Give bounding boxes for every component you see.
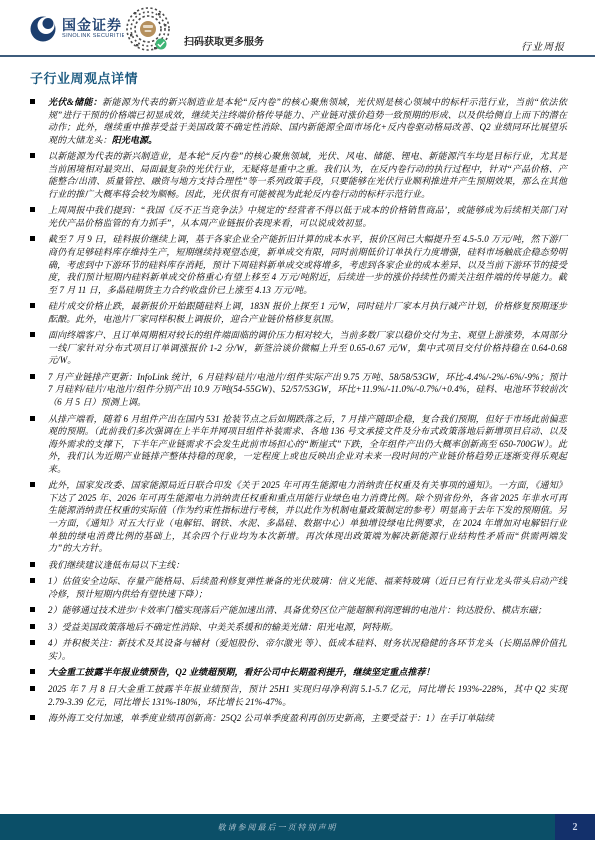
bullet-square-icon	[30, 604, 48, 617]
bullet-item: 此外，国家发改委、国家能源局近日联合印发《关于 2025 年可再生能源电力消纳责…	[30, 479, 567, 554]
bullet-text: 海外海工交付加速，单季度业绩再创新高：25Q2 公司单季度盈利再创历史新高，主要…	[48, 712, 567, 725]
bullet-square-icon	[30, 621, 48, 634]
bullet-square-icon	[30, 666, 48, 679]
bullet-text: 上周周报中我们提到：“我国《反不正当竞争法》中规定的‘经营者不得以低于成本的价格…	[48, 204, 567, 229]
bullet-square-icon	[30, 559, 48, 572]
qr-code[interactable]	[124, 4, 172, 54]
bullet-text: 截至 7 月 9 日，硅料报价继续上调，基于各家企业全产能折旧计算的成本水平，报…	[48, 233, 567, 296]
bullet-item: 海外海工交付加速，单季度业绩再创新高：25Q2 公司单季度盈利再创历史新高，主要…	[30, 712, 567, 725]
bullet-square-icon	[30, 150, 48, 200]
main-content: 子行业周观点详情 光伏&储能：新能源为代表的新兴制造业是本轮“反内卷”的核心聚焦…	[30, 68, 567, 729]
report-page: 国金证券 SINOLINK SECURITIES	[0, 0, 595, 842]
bullet-list: 光伏&储能：新能源为代表的新兴制造业是本轮“反内卷”的核心聚焦领域，光伏则是核心…	[30, 96, 567, 725]
bullet-square-icon	[30, 300, 48, 325]
bullet-text: 光伏&储能：新能源为代表的新兴制造业是本轮“反内卷”的核心聚焦领域，光伏则是核心…	[48, 96, 567, 146]
bullet-item: 硅片成交价格止跌，最新报价开始跟随硅料上调，183N 报价上探至 1 元/W，同…	[30, 300, 567, 325]
bullet-text: 1）估值安全边际、存量产能格局、后续盈利修复弹性兼备的光伏玻璃：信义光能、福莱特…	[48, 575, 567, 600]
bullet-item: 4）并积极关注：新技术及其设备与辅材（爱旭股份、帝尔激光 等）、低成本硅料、财务…	[30, 637, 567, 662]
bullet-square-icon	[30, 637, 48, 662]
footer-disclaimer: 敬请参阅最后一页特别声明	[0, 822, 555, 833]
bullet-text: 4）并积极关注：新技术及其设备与辅材（爱旭股份、帝尔激光 等）、低成本硅料、财务…	[48, 637, 567, 662]
bullet-text: 大金重工披露半年报业绩预告，Q2 业绩超预期，看好公司中长期盈利提升，继续坚定重…	[48, 666, 567, 679]
bullet-text: 硅片成交价格止跌，最新报价开始跟随硅料上调，183N 报价上探至 1 元/W，同…	[48, 300, 567, 325]
bullet-square-icon	[30, 233, 48, 296]
bullet-square-icon	[30, 683, 48, 708]
bullet-item: 2025 年 7 月 8 日大金重工披露半年报业绩预告，预计 25H1 实现归母…	[30, 683, 567, 708]
bullet-square-icon	[30, 96, 48, 146]
bullet-item: 截至 7 月 9 日，硅料报价继续上调，基于各家企业全产能折旧计算的成本水平，报…	[30, 233, 567, 296]
bullet-text: 以新能源为代表的新兴制造业，是本轮“反内卷”的核心聚焦领域，光伏、风电、储能、锂…	[48, 150, 567, 200]
bullet-square-icon	[30, 479, 48, 554]
brand-logo: 国金证券 SINOLINK SECURITIES	[30, 16, 130, 42]
brand-name-en: SINOLINK SECURITIES	[62, 34, 130, 40]
bullet-item: 我们继续建议逢低布局以下主线：	[30, 559, 567, 572]
bullet-square-icon	[30, 413, 48, 476]
page-header: 国金证券 SINOLINK SECURITIES	[0, 0, 595, 57]
bullet-square-icon	[30, 204, 48, 229]
bullet-item: 大金重工披露半年报业绩预告，Q2 业绩超预期，看好公司中长期盈利提升，继续坚定重…	[30, 666, 567, 679]
bullet-item: 面向终端客户、且订单周期相对较长的组件端面临的调价压力相对较大，当前多数厂家以稳…	[30, 329, 567, 367]
bullet-text: 7 月产业链排产更新：InfoLink 统计，6 月硅料/硅片/电池片/组件实际…	[48, 371, 567, 409]
bullet-text: 从排产端看，随着 6 月组件产出在国内 531 抢装节点之后如期跌落之后，7 月…	[48, 413, 567, 476]
brand-name-cn: 国金证券	[62, 18, 130, 32]
bullet-square-icon	[30, 712, 48, 725]
bullet-item: 以新能源为代表的新兴制造业，是本轮“反内卷”的核心聚焦领域，光伏、风电、储能、锂…	[30, 150, 567, 200]
qr-code-icon	[124, 4, 172, 54]
page-footer: 敬请参阅最后一页特别声明 2	[0, 814, 595, 840]
report-type-label: 行业周报	[521, 38, 565, 53]
bullet-item: 7 月产业链排产更新：InfoLink 统计，6 月硅料/硅片/电池片/组件实际…	[30, 371, 567, 409]
bullet-item: 3）受益美国政策落地后不确定性消除、中美关系缓和的输美光储：阳光电源，阿特斯。	[30, 621, 567, 634]
sinolink-logo-icon	[30, 16, 56, 42]
bullet-text: 我们继续建议逢低布局以下主线：	[48, 559, 567, 572]
bullet-item: 从排产端看，随着 6 月组件产出在国内 531 抢装节点之后如期跌落之后，7 月…	[30, 413, 567, 476]
bullet-square-icon	[30, 371, 48, 409]
bullet-text: 3）受益美国政策落地后不确定性消除、中美关系缓和的输美光储：阳光电源，阿特斯。	[48, 621, 567, 634]
bullet-text: 面向终端客户、且订单周期相对较长的组件端面临的调价压力相对较大，当前多数厂家以稳…	[48, 329, 567, 367]
brand-text: 国金证券 SINOLINK SECURITIES	[62, 18, 130, 40]
bullet-item: 上周周报中我们提到：“我国《反不正当竞争法》中规定的‘经营者不得以低于成本的价格…	[30, 204, 567, 229]
bullet-text: 2025 年 7 月 8 日大金重工披露半年报业绩预告，预计 25H1 实现归母…	[48, 683, 567, 708]
bullet-text: 2）能够通过技术进步/卡效率门槛实现落后产能加速出清、具备优势区位产能超额利润逻…	[48, 604, 567, 617]
bullet-text: 此外，国家发改委、国家能源局近日联合印发《关于 2025 年可再生能源电力消纳责…	[48, 479, 567, 554]
page-number: 2	[555, 814, 595, 840]
bullet-square-icon	[30, 575, 48, 600]
bullet-item: 1）估值安全边际、存量产能格局、后续盈利修复弹性兼备的光伏玻璃：信义光能、福莱特…	[30, 575, 567, 600]
qr-caption-label: 扫码获取更多服务	[184, 33, 264, 48]
section-title: 子行业周观点详情	[30, 68, 567, 87]
bullet-square-icon	[30, 329, 48, 367]
bullet-item: 2）能够通过技术进步/卡效率门槛实现落后产能加速出清、具备优势区位产能超额利润逻…	[30, 604, 567, 617]
bullet-item: 光伏&储能：新能源为代表的新兴制造业是本轮“反内卷”的核心聚焦领域，光伏则是核心…	[30, 96, 567, 146]
